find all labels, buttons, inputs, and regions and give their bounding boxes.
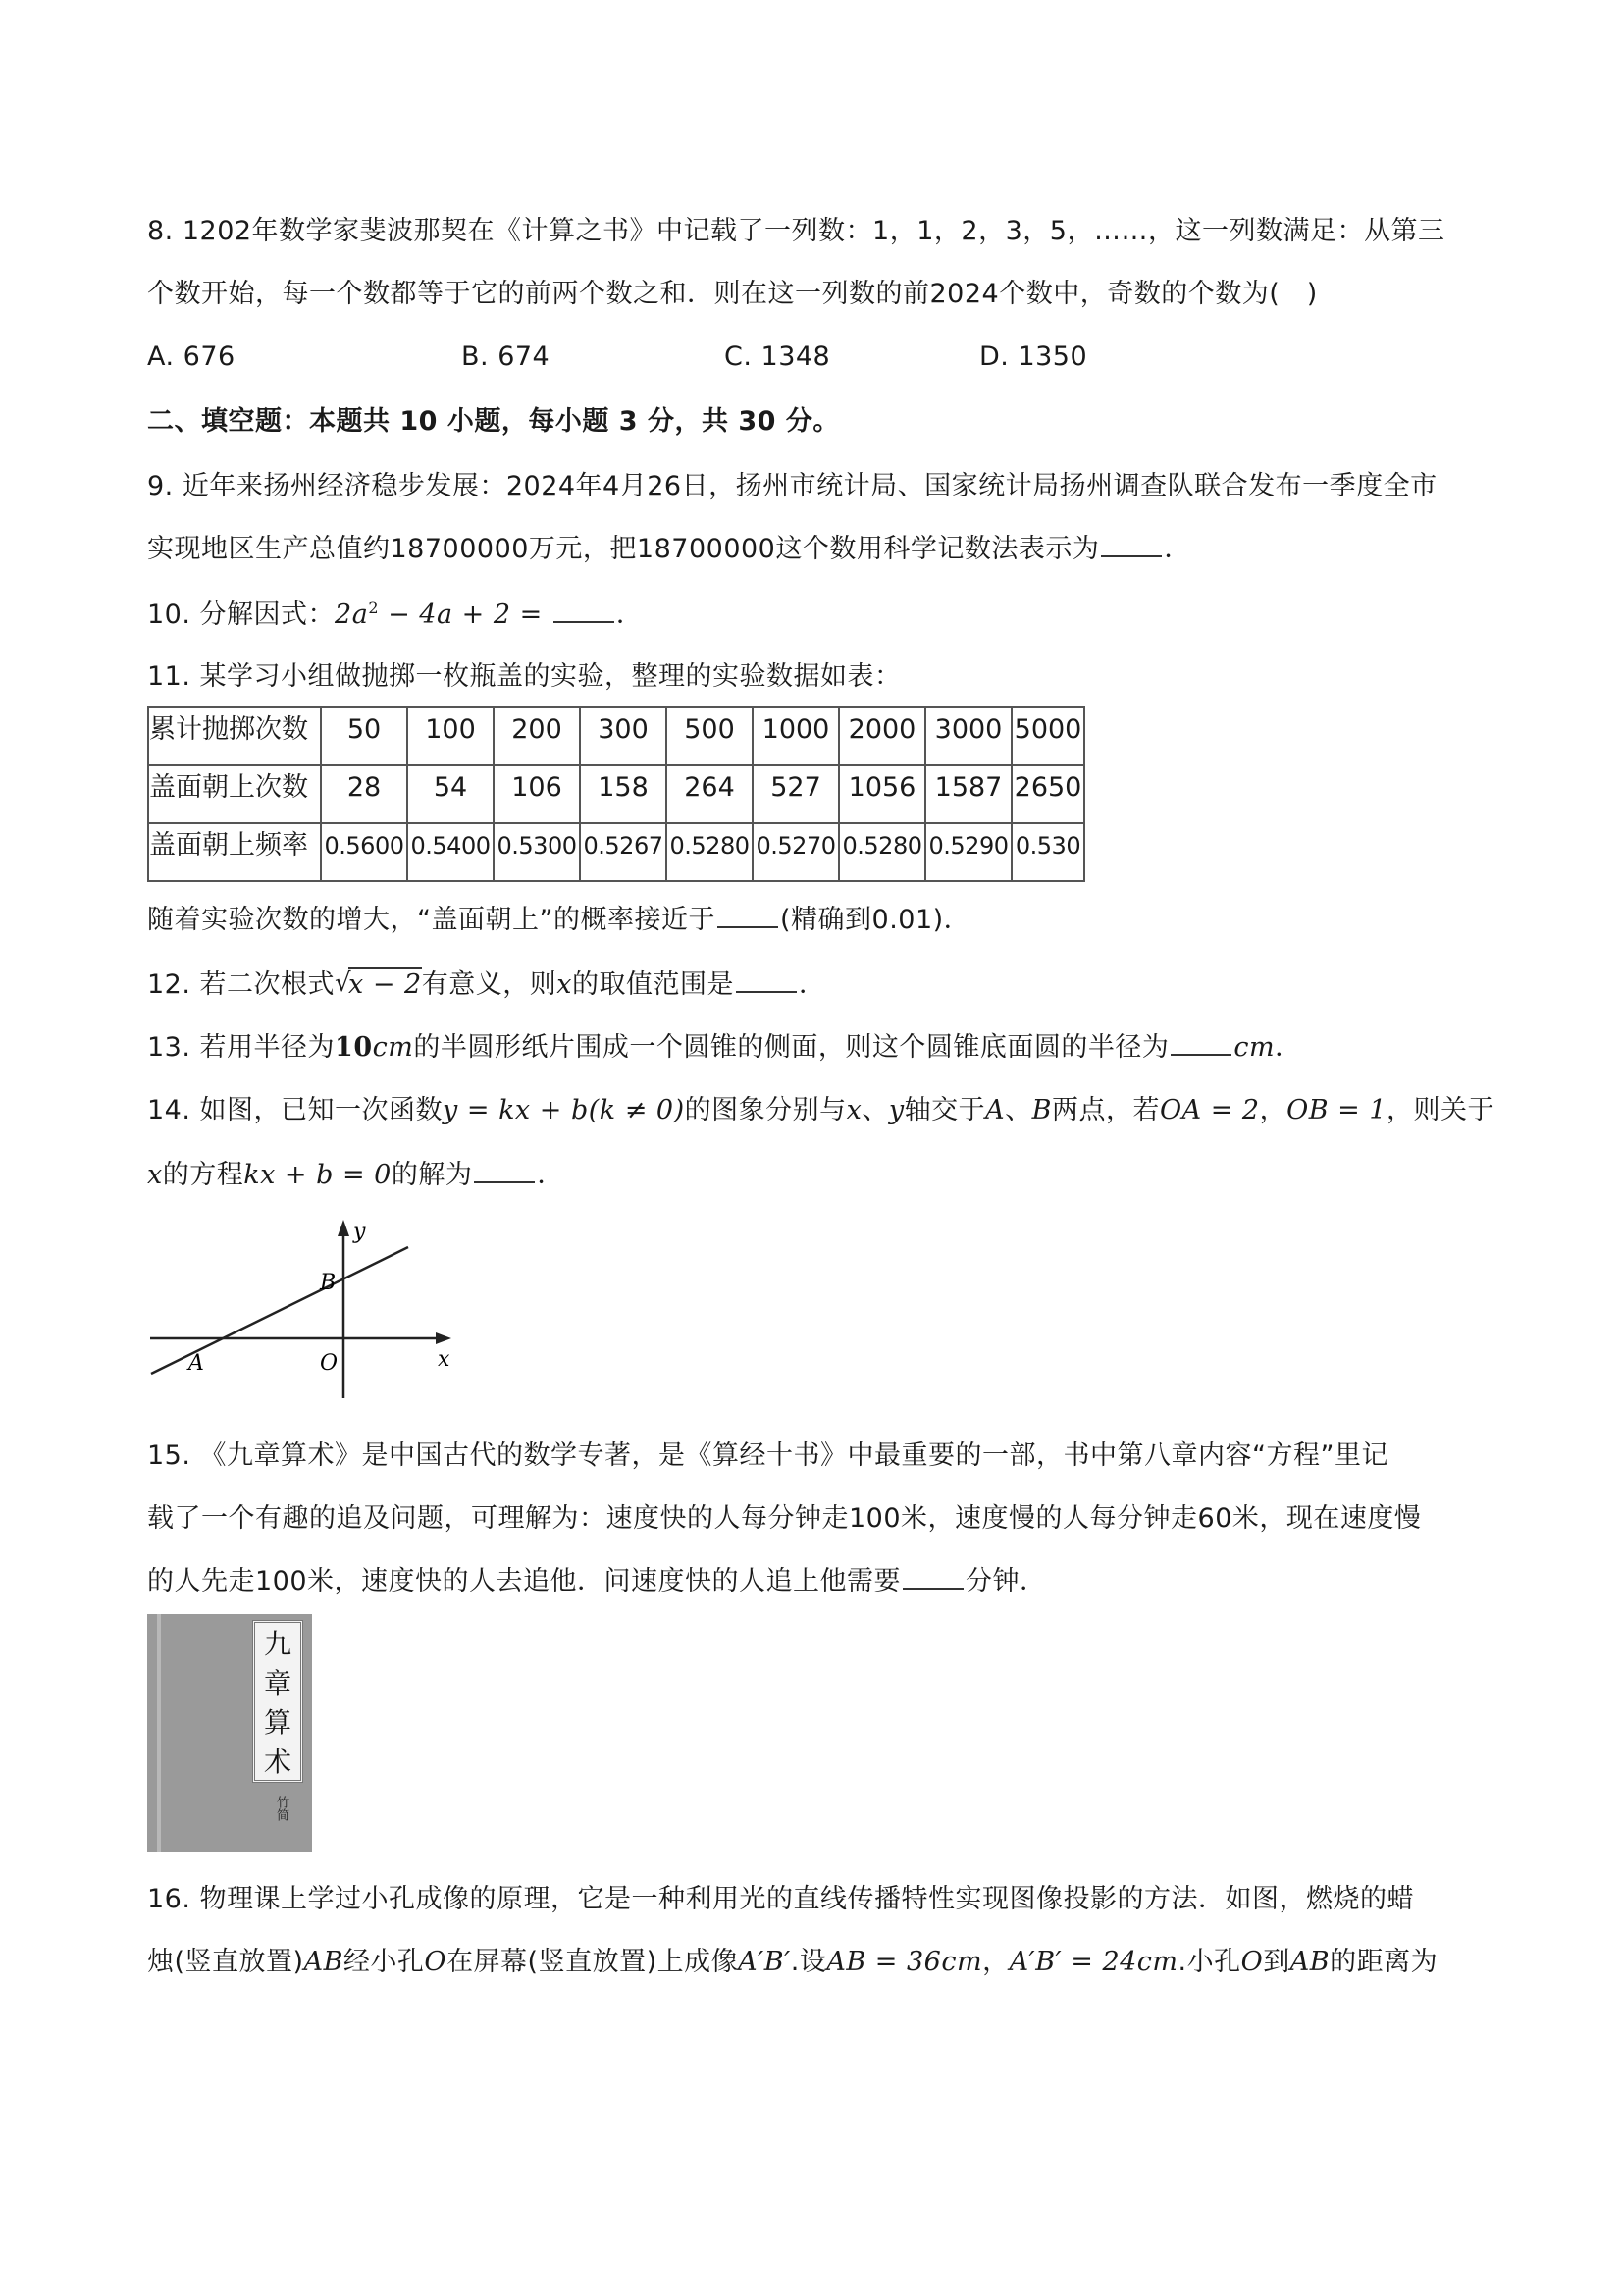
- option-b[interactable]: B. 674: [461, 339, 550, 375]
- answer-blank[interactable]: [474, 1158, 535, 1183]
- table-cell: 0.5290: [925, 823, 1012, 881]
- q11-intro: 11. 某学习小组做抛掷一枚瓶盖的实验，整理的实验数据如表：: [147, 659, 902, 695]
- answer-blank[interactable]: [553, 598, 614, 623]
- oa-value: OA = 2: [1160, 1095, 1260, 1125]
- segment-ab: AB: [1290, 1947, 1330, 1977]
- table-cell: 1056: [839, 765, 925, 823]
- q8-line-1: 8. 1202年数学家斐波那契在《计算之书》中记载了一列数：1，1，2，3，5，…: [147, 214, 1444, 249]
- table-cell: 527: [753, 765, 839, 823]
- q13-end: ．: [1275, 1032, 1302, 1063]
- q13-line: 13. 若用半径为10cm的半圆形纸片围成一个圆锥的侧面，则这个圆锥底面圆的半径…: [147, 1030, 1302, 1066]
- q14-text: 、: [862, 1095, 889, 1125]
- var-x: x: [847, 1095, 863, 1125]
- table-cell: 106: [494, 765, 580, 823]
- q14-text: 、: [1005, 1095, 1032, 1125]
- table-cell: 28: [321, 765, 407, 823]
- label-y: y: [352, 1220, 366, 1244]
- table-cell: 0.5280: [666, 823, 753, 881]
- ab-prime-length: A′B′ = 24cm: [1010, 1947, 1178, 1977]
- x-axis-arrow-icon: [436, 1332, 451, 1344]
- q16-text: ，: [982, 1947, 1010, 1977]
- label-x: x: [438, 1347, 450, 1372]
- table-cell: 2000: [839, 707, 925, 765]
- q16-text: .设: [791, 1947, 827, 1977]
- q14-text: 两点，若: [1052, 1095, 1160, 1125]
- answer-blank[interactable]: [903, 1564, 964, 1590]
- q15-text: 分钟．: [966, 1566, 1047, 1596]
- jiuzhang-suanshu-book-image: 九 章 算 术 竹简: [147, 1614, 312, 1852]
- table-cell: 300: [580, 707, 666, 765]
- q10-prefix: 10. 分解因式：: [147, 600, 335, 630]
- q14-end: ．: [537, 1160, 564, 1190]
- book-title-char: 算: [264, 1701, 291, 1741]
- book-small-text: 竹简: [272, 1796, 290, 1821]
- table-row: 盖面朝上频率 0.5600 0.5400 0.5300 0.5267 0.528…: [148, 823, 1084, 881]
- label-o: O: [320, 1351, 338, 1376]
- row-header: 盖面朝上频率: [148, 823, 321, 881]
- table-cell: 0.5267: [580, 823, 666, 881]
- q15-line-2: 载了一个有趣的追及问题，可理解为：速度快的人每分钟走100米，速度慢的人每分钟走…: [147, 1501, 1421, 1537]
- table-cell: 200: [494, 707, 580, 765]
- q13-unit: cm: [373, 1032, 414, 1063]
- table-row: 盖面朝上次数 28 54 106 158 264 527 1056 1587 2…: [148, 765, 1084, 823]
- segment-ab: AB: [304, 1947, 343, 1977]
- q11-followup-text: 随着实验次数的增大，“盖面朝上”的概率接近于: [147, 905, 715, 935]
- table-cell: 0.5300: [494, 823, 580, 881]
- q8-options: A. 676 B. 674 C. 1348 D. 1350: [147, 339, 1325, 375]
- q11-followup: 随着实验次数的增大，“盖面朝上”的概率接近于(精确到0.01)．: [147, 903, 970, 938]
- q13-value: 10: [335, 1032, 373, 1063]
- q15-line-3: 的人先走100米，速度快的人去追他．问速度快的人追上他需要分钟．: [147, 1564, 1047, 1599]
- q9-line-1: 9. 近年来扬州经济稳步发展：2024年4月26日，扬州市统计局、国家统计局扬州…: [147, 469, 1438, 504]
- row-header: 盖面朝上次数: [148, 765, 321, 823]
- table-row: 累计抛掷次数 50 100 200 300 500 1000 2000 3000…: [148, 707, 1084, 765]
- q16-line-1: 16. 物理课上学过小孔成像的原理，它是一种利用光的直线传播特性实现图像投影的方…: [147, 1882, 1414, 1917]
- q12-var: x: [556, 969, 572, 1000]
- point-a: A: [985, 1095, 1005, 1125]
- ob-value: OB = 1: [1286, 1095, 1387, 1125]
- q9-end: ．: [1164, 534, 1191, 564]
- radicand: x − 2: [348, 967, 422, 1000]
- table-cell: 500: [666, 707, 753, 765]
- table-cell: 54: [407, 765, 494, 823]
- q8-line-2: 个数开始，每一个数都等于它的前两个数之和．则在这一列数的前2024个数中，奇数的…: [147, 277, 1318, 312]
- q16-text: 在屏幕(竖直放置)上成像: [446, 1947, 738, 1977]
- q12-suffix: 的取值范围是: [572, 969, 734, 1000]
- segment-ab-prime: A′B′: [738, 1947, 791, 1977]
- sqrt-expression: x − 2: [335, 967, 422, 1003]
- linear-function: y = kx + b(k ≠ 0): [443, 1095, 685, 1125]
- option-c[interactable]: C. 1348: [724, 339, 830, 375]
- answer-blank[interactable]: [1101, 532, 1162, 557]
- label-a: A: [186, 1351, 204, 1376]
- table-cell: 0.5280: [839, 823, 925, 881]
- q16-text: 经小孔: [343, 1947, 425, 1977]
- q16-text: 到: [1263, 1947, 1290, 1977]
- point-b: B: [1032, 1095, 1052, 1125]
- linear-function-graph: y x B A O: [145, 1217, 459, 1413]
- q16-text: 的距离为: [1330, 1947, 1438, 1977]
- section-heading: 二、填空题：本题共 10 小题，每小题 3 分，共 30 分。: [147, 404, 840, 440]
- q12-end: ．: [799, 969, 826, 1000]
- q10-line: 10. 分解因式：2a2 − 4a + 2 = ．: [147, 591, 643, 633]
- table-cell: 3000: [925, 707, 1012, 765]
- point-o: O: [424, 1947, 446, 1977]
- option-d[interactable]: D. 1350: [979, 339, 1087, 375]
- q14-text: ，: [1260, 1095, 1287, 1125]
- q12-mid: 有意义，则: [422, 969, 557, 1000]
- option-a[interactable]: A. 676: [147, 339, 236, 375]
- answer-blank[interactable]: [1171, 1030, 1231, 1056]
- q9-text: 实现地区生产总值约18700000万元，把18700000这个数用科学记数法表示…: [147, 534, 1099, 564]
- table-cell: 50: [321, 707, 407, 765]
- q12-prefix: 12. 若二次根式: [147, 969, 335, 1000]
- table-cell: 1587: [925, 765, 1012, 823]
- q9-line-2: 实现地区生产总值约18700000万元，把18700000这个数用科学记数法表示…: [147, 532, 1191, 567]
- table-cell: 0.5400: [407, 823, 494, 881]
- q14-text: 的解为: [392, 1160, 473, 1190]
- q14-line-1: 14. 如图，已知一次函数y = kx + b(k ≠ 0)的图象分别与x、y轴…: [147, 1093, 1494, 1128]
- ab-length: AB = 36cm: [826, 1947, 982, 1977]
- table-cell: 264: [666, 765, 753, 823]
- q15-line-1: 15. 《九章算术》是中国古代的数学专著，是《算经十书》中最重要的一部，书中第八…: [147, 1438, 1388, 1474]
- table-cell: 2650: [1012, 765, 1084, 823]
- var-y: y: [889, 1095, 905, 1125]
- q16-line-2: 烛(竖直放置)AB经小孔O在屏幕(竖直放置)上成像A′B′.设AB = 36cm…: [147, 1945, 1438, 1980]
- table-cell: 5000: [1012, 707, 1084, 765]
- book-title-label: 九 章 算 术: [252, 1620, 303, 1783]
- q11-precision-note: (精确到0.01)．: [780, 905, 970, 935]
- q13-mid: 的半圆形纸片围成一个圆锥的侧面，则这个圆锥底面圆的半径为: [413, 1032, 1169, 1063]
- q14-text: 的图象分别与: [685, 1095, 847, 1125]
- book-title-char: 章: [264, 1662, 291, 1701]
- table-cell: 0.5600: [321, 823, 407, 881]
- q16-text: 烛(竖直放置): [147, 1947, 304, 1977]
- q13-end-unit: cm: [1233, 1032, 1275, 1063]
- q13-prefix: 13. 若用半径为: [147, 1032, 335, 1063]
- var-x: x: [147, 1160, 163, 1190]
- q12-line: 12. 若二次根式x − 2有意义，则x的取值范围是．: [147, 967, 825, 1003]
- book-title-char: 术: [264, 1741, 291, 1780]
- q14-text: 14. 如图，已知一次函数: [147, 1095, 443, 1125]
- equation: kx + b = 0: [243, 1160, 392, 1190]
- book-spine: [157, 1614, 161, 1852]
- experiment-table: 累计抛掷次数 50 100 200 300 500 1000 2000 3000…: [147, 706, 1085, 882]
- table-cell: 1000: [753, 707, 839, 765]
- table-cell: 100: [407, 707, 494, 765]
- q14-text: ，则关于: [1387, 1095, 1494, 1125]
- q10-exponent: 2: [368, 599, 379, 617]
- table-cell: 0.5270: [753, 823, 839, 881]
- q14-text: 的方程: [163, 1160, 244, 1190]
- table-cell: 158: [580, 765, 666, 823]
- answer-blank[interactable]: [717, 903, 778, 928]
- label-b: B: [319, 1271, 336, 1295]
- answer-blank[interactable]: [736, 967, 797, 993]
- q10-end: ．: [616, 600, 644, 630]
- table-cell: 0.530: [1012, 823, 1084, 881]
- q10-expr-b: − 4a + 2 =: [379, 600, 551, 630]
- q14-text: 轴交于: [905, 1095, 986, 1125]
- y-axis-arrow-icon: [338, 1220, 349, 1236]
- q16-text: .小孔: [1178, 1947, 1241, 1977]
- q10-expr-a: 2a: [335, 600, 368, 630]
- book-title-char: 九: [264, 1623, 291, 1662]
- q15-text: 的人先走100米，速度快的人去追他．问速度快的人追上他需要: [147, 1566, 901, 1596]
- point-o: O: [1241, 1947, 1264, 1977]
- q14-line-2: x的方程kx + b = 0的解为．: [147, 1158, 564, 1193]
- row-header: 累计抛掷次数: [148, 707, 321, 765]
